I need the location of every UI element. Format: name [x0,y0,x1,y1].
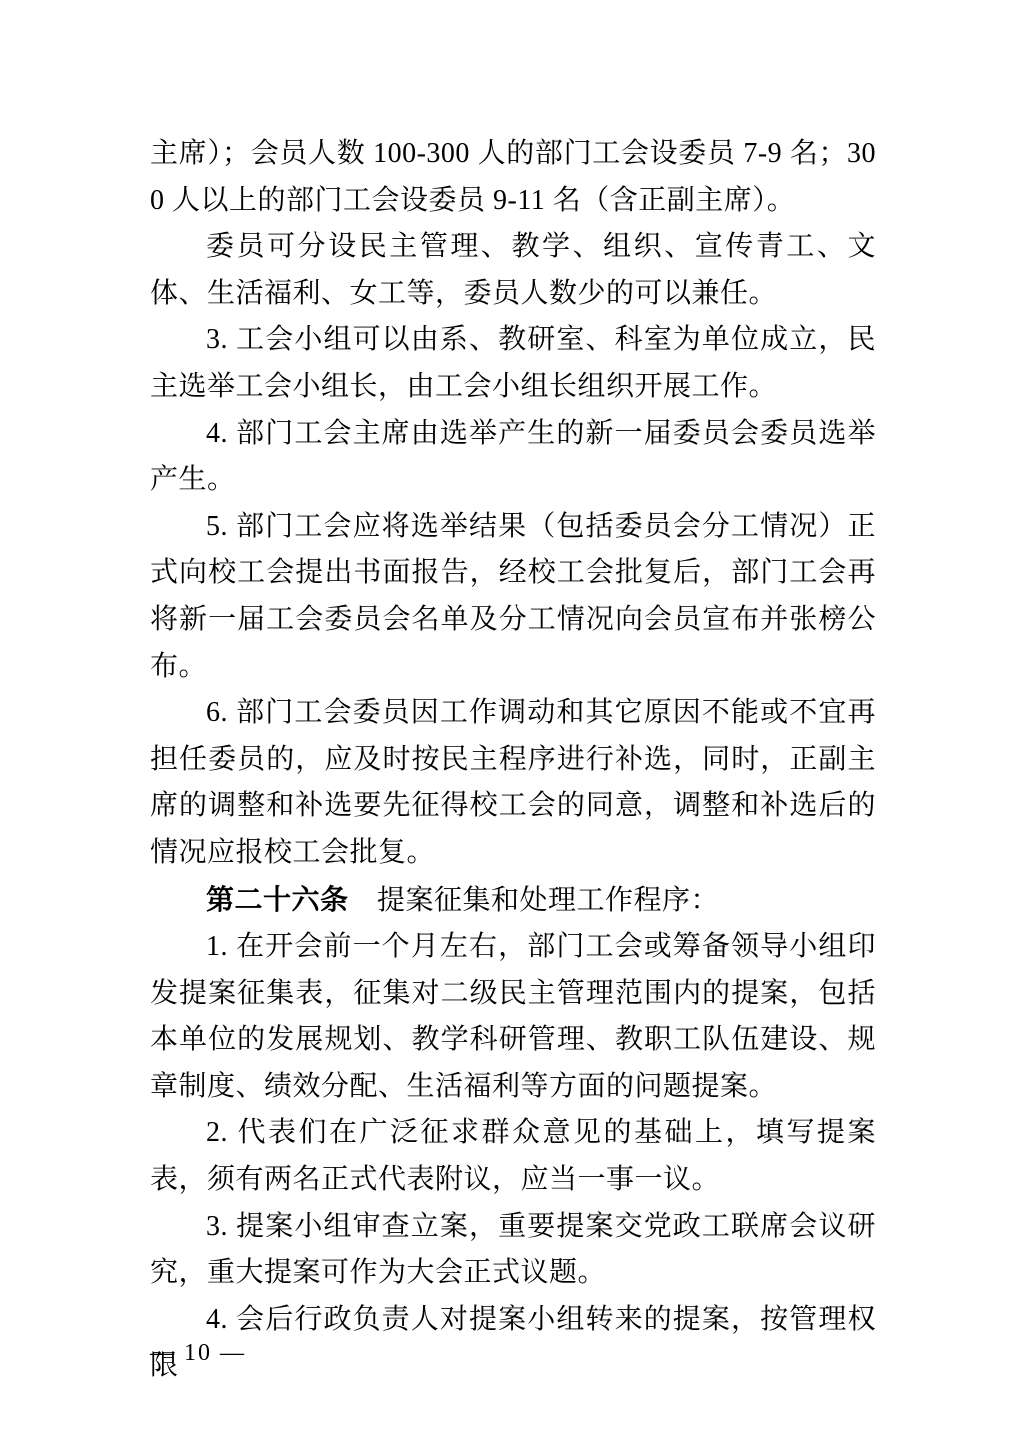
paragraph-item-1: 1. 在开会前一个月左右，部门工会或筹备领导小组印发提案征集表，征集对二级民主管… [150,924,876,1110]
paragraph-item-6: 6. 部门工会委员因工作调动和其它原因不能或不宜再担任委员的，应及时按民主程序进… [150,690,876,876]
article-title-text: 提案征集和处理工作程序： [349,885,720,916]
paragraph-item-3b: 3. 提案小组审查立案，重要提案交党政工联席会议研究，重大提案可作为大会正式议题… [150,1204,876,1297]
paragraph-item-4b: 4. 会后行政负责人对提案小组转来的提案，按管理权限 [150,1297,876,1390]
page-number: — 10 — [150,1338,246,1368]
paragraph-item-2: 2. 代表们在广泛征求群众意见的基础上，填写提案表，须有两名正式代表附议，应当一… [150,1110,876,1203]
paragraph-item-4: 4. 部门工会主席由选举产生的新一届委员会委员选举产生。 [150,411,876,504]
document-page: 主席）；会员人数 100-300 人的部门工会设委员 7-9 名；300 人以上… [0,0,1024,1448]
paragraph-item-5: 5. 部门工会应将选举结果（包括委员会分工情况）正式向校工会提出书面报告，经校工… [150,504,876,690]
article-number-bold: 第二十六条 [206,884,349,915]
paragraph-item-3: 3. 工会小组可以由系、教研室、科室为单位成立，民主选举工会小组长，由工会小组长… [150,317,876,410]
paragraph-continuation: 主席）；会员人数 100-300 人的部门工会设委员 7-9 名；300 人以上… [150,131,876,224]
article-26-heading: 第二十六条 提案征集和处理工作程序： [150,877,876,925]
paragraph: 委员可分设民主管理、教学、组织、宣传青工、文体、生活福利、女工等，委员人数少的可… [150,224,876,317]
text-block: 主席）；会员人数 100-300 人的部门工会设委员 7-9 名；300 人以上… [150,131,876,1390]
